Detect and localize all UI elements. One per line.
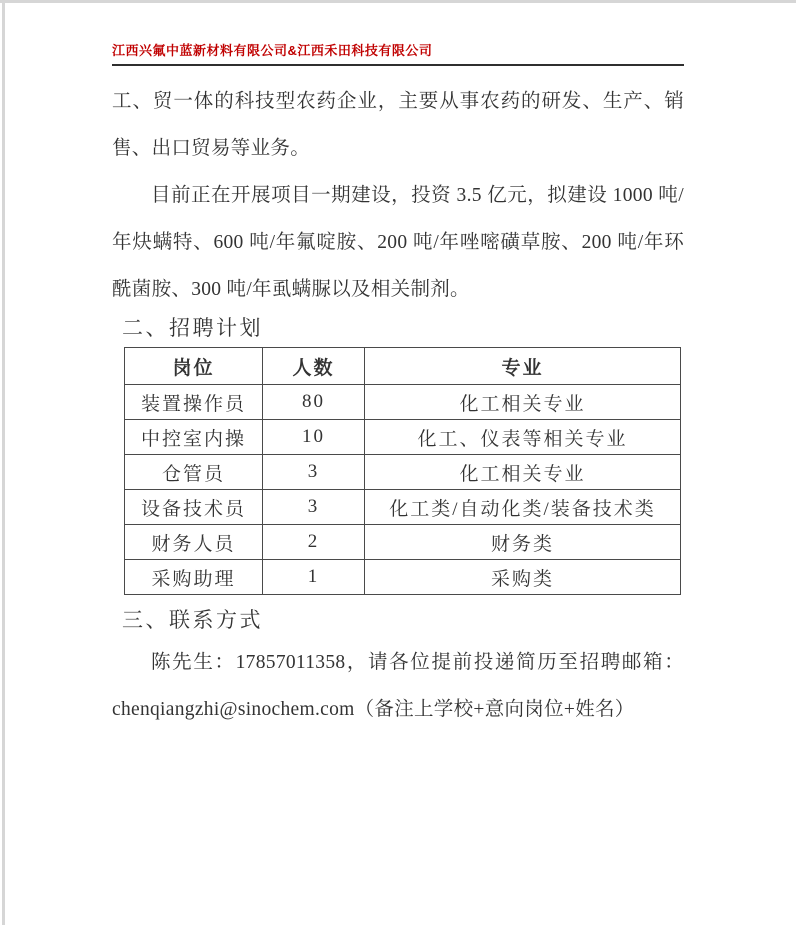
table-header-row: 岗位 人数 专业 [125, 348, 681, 385]
table-cell: 财务类 [365, 525, 681, 560]
column-header-headcount: 人数 [263, 348, 365, 385]
table-cell: 2 [263, 525, 365, 560]
table-cell: 1 [263, 560, 365, 595]
table-cell: 化工相关专业 [365, 385, 681, 420]
contact-section: 陈先生：17857011358，请各位提前投递简历至招聘邮箱：chenqiang… [112, 639, 684, 733]
table-cell: 化工类/自动化类/装备技术类 [365, 490, 681, 525]
table-cell: 中控室内操 [125, 420, 263, 455]
table-cell: 装置操作员 [125, 385, 263, 420]
column-header-position: 岗位 [125, 348, 263, 385]
table-row: 采购助理1采购类 [125, 560, 681, 595]
table-row: 仓管员3化工相关专业 [125, 455, 681, 490]
table-cell: 仓管员 [125, 455, 263, 490]
intro-paragraph-1: 工、贸一体的科技型农药企业，主要从事农药的研发、生产、销售、出口贸易等业务。 [112, 78, 684, 172]
table-cell: 化工、仪表等相关专业 [365, 420, 681, 455]
table-row: 财务人员2财务类 [125, 525, 681, 560]
document-page: 江西兴氟中蓝新材料有限公司&江西禾田科技有限公司 工、贸一体的科技型农药企业，主… [112, 0, 684, 733]
page-edge-left [2, 0, 5, 925]
table-cell: 采购类 [365, 560, 681, 595]
table-row: 装置操作员80化工相关专业 [125, 385, 681, 420]
table-row: 中控室内操10化工、仪表等相关专业 [125, 420, 681, 455]
table-cell: 设备技术员 [125, 490, 263, 525]
table-cell: 化工相关专业 [365, 455, 681, 490]
table-cell: 80 [263, 385, 365, 420]
column-header-major: 专业 [365, 348, 681, 385]
recruitment-table: 岗位 人数 专业 装置操作员80化工相关专业中控室内操10化工、仪表等相关专业仓… [124, 347, 681, 595]
header-company-line: 江西兴氟中蓝新材料有限公司&江西禾田科技有限公司 [112, 0, 684, 66]
table-cell: 采购助理 [125, 560, 263, 595]
contact-heading: 三、联系方式 [122, 605, 684, 635]
table-row: 设备技术员3化工类/自动化类/装备技术类 [125, 490, 681, 525]
table-cell: 3 [263, 490, 365, 525]
job-table-body: 装置操作员80化工相关专业中控室内操10化工、仪表等相关专业仓管员3化工相关专业… [125, 385, 681, 595]
table-cell: 财务人员 [125, 525, 263, 560]
intro-paragraph-2: 目前正在开展项目一期建设，投资 3.5 亿元，拟建设 1000 吨/年炔螨特、6… [112, 172, 684, 313]
intro-section: 工、贸一体的科技型农药企业，主要从事农药的研发、生产、销售、出口贸易等业务。 目… [112, 78, 684, 313]
table-cell: 3 [263, 455, 365, 490]
recruitment-plan-heading: 二、招聘计划 [122, 313, 684, 343]
table-cell: 10 [263, 420, 365, 455]
contact-paragraph: 陈先生：17857011358，请各位提前投递简历至招聘邮箱：chenqiang… [112, 639, 684, 733]
